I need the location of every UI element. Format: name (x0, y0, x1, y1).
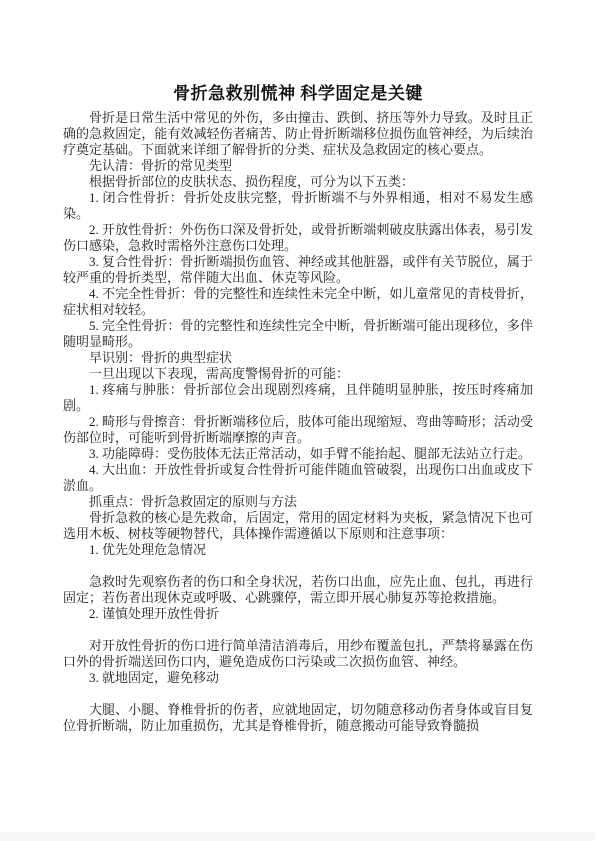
paragraph: 抓重点：骨折急救固定的原则与方法 (63, 494, 533, 510)
paragraph-list: 骨折是日常生活中常见的外伤，多由撞击、跌倒、挤压等外力导致。及时且正确的急救固定… (63, 110, 533, 734)
paragraph: 1. 优先处理危急情况 (63, 542, 533, 558)
paragraph: 骨折是日常生活中常见的外伤，多由撞击、跌倒、挤压等外力导致。及时且正确的急救固定… (63, 110, 533, 158)
paragraph: 1. 闭合性骨折：骨折处皮肤完整，骨折断端不与外界相通，相对不易发生感染。 (63, 190, 533, 222)
paragraph: 4. 不完全性骨折：骨的完整性和连续性未完全中断，如儿童常见的青枝骨折，症状相对… (63, 286, 533, 318)
viewer-bottom-strip (0, 832, 595, 841)
paragraph: 根据骨折部位的皮肤状态、损伤程度，可分为以下五类： (63, 174, 533, 190)
paragraph: 1. 疼痛与肿胀：骨折部位会出现剧烈疼痛，且伴随明显肿胀，按压时疼痛加剧。 (63, 382, 533, 414)
paragraph: 2. 开放性骨折：外伤伤口深及骨折处，或骨折断端刺破皮肤露出体表，易引发伤口感染… (63, 222, 533, 254)
paragraph: 骨折急救的核心是先救命，后固定，常用的固定材料为夹板，紧急情况下也可选用木板、树… (63, 510, 533, 542)
paragraph: 大腿、小腿、脊椎骨折的伤者，应就地固定，切勿随意移动伤者身体或盲目复位骨折断端，… (63, 702, 533, 734)
paragraph: 一旦出现以下表现，需高度警惕骨折的可能： (63, 366, 533, 382)
paragraph: 对开放性骨折的伤口进行简单清洁消毒后，用纱布覆盖包扎，严禁将暴露在伤口外的骨折端… (63, 638, 533, 670)
paragraph: 3. 就地固定，避免移动 (63, 670, 533, 686)
paragraph: 2. 畸形与骨擦音：骨折断端移位后，肢体可能出现缩短、弯曲等畸形；活动受伤部位时… (63, 414, 533, 446)
page-title: 骨折急救别慌神 科学固定是关键 (63, 84, 533, 104)
paragraph: 4. 大出血：开放性骨折或复合性骨折可能伴随血管破裂，出现伤口出血或皮下淤血。 (63, 462, 533, 494)
paragraph: 3. 复合性骨折：骨折断端损伤血管、神经或其他脏器，或伴有关节脱位，属于较严重的… (63, 254, 533, 286)
paragraph: 3. 功能障碍：受伤肢体无法正常活动，如手臂不能抬起、腿部无法站立行走。 (63, 446, 533, 462)
paragraph: 急救时先观察伤者的伤口和全身状况，若伤口出血，应先止血、包扎，再进行固定；若伤者… (63, 574, 533, 606)
paragraph: 2. 谨慎处理开放性骨折 (63, 606, 533, 622)
document-content: 骨折急救别慌神 科学固定是关键 骨折是日常生活中常见的外伤，多由撞击、跌倒、挤压… (63, 84, 533, 734)
document-page: 骨折急救别慌神 科学固定是关键 骨折是日常生活中常见的外伤，多由撞击、跌倒、挤压… (0, 0, 595, 832)
paragraph: 先认清：骨折的常见类型 (63, 158, 533, 174)
paragraph: 早识别：骨折的典型症状 (63, 350, 533, 366)
paragraph: 5. 完全性骨折：骨的完整性和连续性完全中断，骨折断端可能出现移位，多伴随明显畸… (63, 318, 533, 350)
